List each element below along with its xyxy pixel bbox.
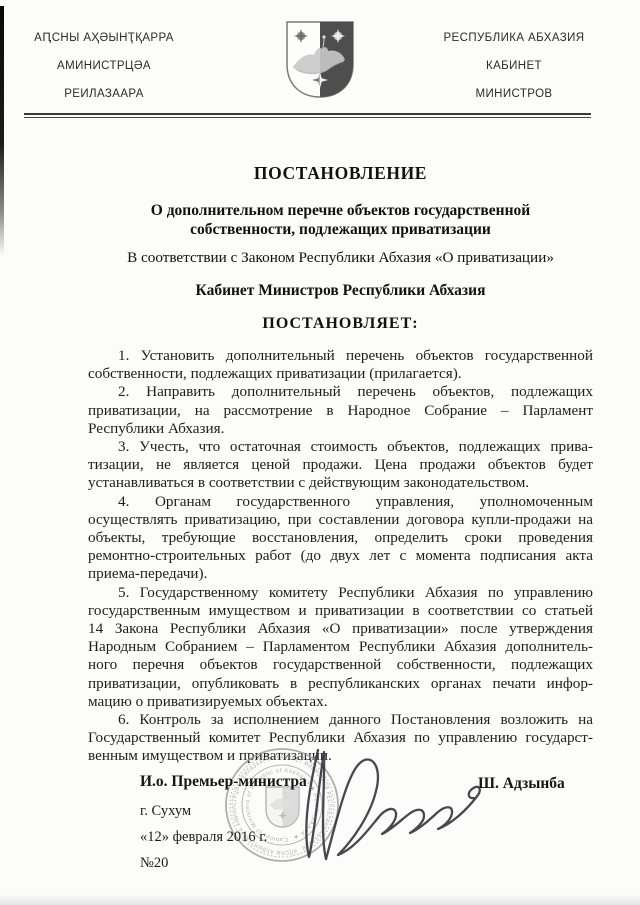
body-line: ного перечня объектов государственной со… [88, 656, 593, 674]
signatory-post: И.о. Премьер-министра [140, 773, 307, 791]
header-right-line1: РЕСПУБЛИКА АБХАЗИЯ [438, 24, 590, 52]
header-left-abkhaz: АԤСНЫ АҲӘЫНҬҚАРРА АМИНИСТРЦӘА РЕИЛАЗААРА [28, 24, 180, 108]
signatory-name: Ш. Адзынба [478, 775, 565, 793]
header-right-russian: РЕСПУБЛИКА АБХАЗИЯ КАБИНЕТ МИНИСТРОВ [438, 24, 590, 108]
body-line: приватизации, опубликовать в республикан… [88, 675, 593, 693]
body-line: 3. Учесть, что остаточная стоимость объе… [88, 438, 593, 456]
document-number: №20 [140, 855, 168, 872]
body-line: устанавливаться в соответствии с действу… [88, 474, 593, 492]
body-line: 5. Государственному комитету Республики … [88, 584, 593, 602]
body-line: ремонтно-строительных работ (до двух лет… [88, 547, 593, 565]
handwritten-signature [288, 735, 488, 870]
header-right-line3: МИНИСТРОВ [438, 80, 590, 108]
header-divider-rule [24, 113, 591, 118]
body-line: 1. Установить дополнительный перечень об… [88, 347, 593, 365]
header-left-line3: РЕИЛАЗААРА [28, 80, 180, 108]
scan-edge-artifact [0, 6, 4, 256]
decree-body: 1. Установить дополнительный перечень об… [88, 347, 593, 766]
preamble-text: В соответствии с Законом Республики Абха… [88, 249, 593, 267]
body-line: 2. Направить дополнительный перечень объ… [88, 383, 593, 401]
body-line: Народным Собранием – Парламентом Республ… [88, 638, 593, 656]
issuing-authority: Кабинет Министров Республики Абхазия [88, 282, 593, 300]
signature-city: г. Сухум [140, 803, 191, 820]
body-line: 4. Органам государственного управления, … [88, 493, 593, 511]
signature-date: «12» февраля 2016 г. [140, 829, 267, 846]
subject-line2: собственности, подлежащих приватизации [88, 220, 593, 239]
body-line: собственности, подлежащих приватизации (… [88, 365, 593, 383]
header-left-line2: АМИНИСТРЦӘА [28, 52, 180, 80]
scan-bottom-shadow [0, 894, 640, 905]
body-line: приема-передачи). [88, 565, 593, 583]
coat-of-arms-icon [285, 20, 355, 100]
body-line: Республики Абхазия. [88, 420, 593, 438]
header-right-line2: КАБИНЕТ [438, 52, 590, 80]
body-line: государственным имуществом и приватизаци… [88, 602, 593, 620]
document-page: АԤСНЫ АҲӘЫНҬҚАРРА АМИНИСТРЦӘА РЕИЛАЗААРА [0, 0, 640, 905]
body-line: 6. Контроль за исполнением данного Поста… [88, 711, 593, 729]
body-line: осуществлять приватизацию, при составлен… [88, 511, 593, 529]
document-type-title: ПОСТАНОВЛЕНИЕ [88, 163, 593, 184]
body-line: тизации, не является ценой продажи. Цена… [88, 456, 593, 474]
document-subject: О дополнительном перечне объектов госуда… [88, 201, 593, 239]
subject-line1: О дополнительном перечне объектов госуда… [88, 201, 593, 220]
body-line: приватизации, на рассмотрение в Народное… [88, 402, 593, 420]
body-line: 14 Закона Республики Абхазия «О приватиз… [88, 620, 593, 638]
body-line: объекты, требующие восстановления, опред… [88, 529, 593, 547]
resolves-heading: ПОСТАНОВЛЯЕТ: [88, 315, 593, 333]
body-line: мацию о приватизируемых объектах. [88, 693, 593, 711]
header-left-line1: АԤСНЫ АҲӘЫНҬҚАРРА [28, 24, 180, 52]
